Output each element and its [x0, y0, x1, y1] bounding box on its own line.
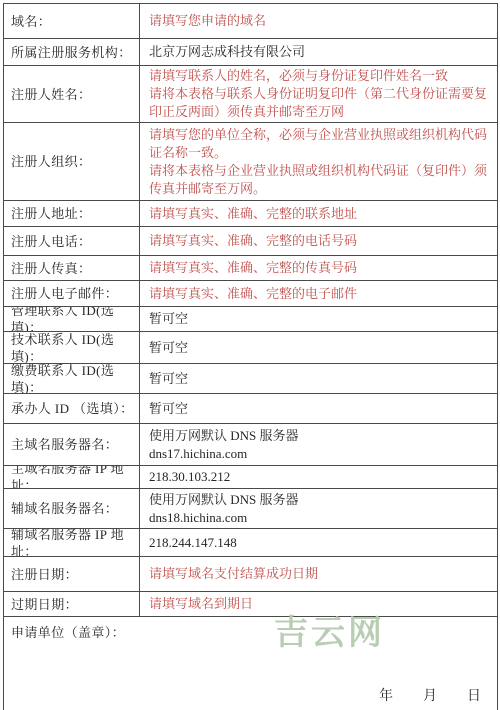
table-row: 注册人电话： 请填写真实、准确、完整的电话号码	[4, 227, 497, 256]
field-label: 主域名服务器 IP 地址：	[11, 466, 136, 489]
field-value-line: 使用万网默认 DNS 服务器	[149, 427, 491, 445]
field-label: 过期日期：	[11, 596, 78, 613]
field-label: 注册人姓名：	[11, 86, 91, 103]
field-value-line: 218.30.103.212	[149, 468, 491, 486]
field-label: 辅域名服务器名：	[11, 500, 118, 517]
field-label-cell: 过期日期：	[4, 592, 140, 616]
field-label-cell: 注册人传真：	[4, 256, 140, 280]
table-row: 注册人地址： 请填写真实、准确、完整的联系地址	[4, 201, 497, 227]
field-value-line: 218.244.147.148	[149, 534, 491, 552]
field-label-cell: 主域名服务器名：	[4, 424, 140, 465]
field-label: 注册日期：	[11, 566, 78, 583]
field-value-line: 暂可空	[149, 310, 491, 328]
table-row: 缴费联系人 ID(选填)： 暂可空	[4, 364, 497, 394]
table-row: 辅域名服务器 IP 地址： 218.244.147.148	[4, 529, 497, 557]
table-row: 域名： 请填写您申请的域名	[4, 4, 497, 39]
field-label: 缴费联系人 ID(选填)：	[11, 364, 136, 394]
field-value-line: 请填写域名到期日	[149, 595, 491, 613]
field-value-cell: 暂可空	[140, 307, 497, 331]
field-value-line: 北京万网志成科技有限公司	[149, 43, 491, 61]
field-label-cell: 注册日期：	[4, 557, 140, 591]
field-value-cell: 暂可空	[140, 364, 497, 393]
date-year-label: 年	[379, 685, 393, 705]
table-row: 技术联系人 ID(选填)： 暂可空	[4, 332, 497, 364]
field-value-cell: 请填写真实、准确、完整的电子邮件	[140, 281, 497, 306]
field-value-cell: 请填写联系人的姓名，必须与身份证复印件姓名一致请将本表格与联系人身份证明复印件（…	[140, 66, 497, 122]
table-row: 所属注册服务机构： 北京万网志成科技有限公司	[4, 39, 497, 66]
field-label: 主域名服务器名：	[11, 436, 118, 453]
field-label-cell: 所属注册服务机构：	[4, 39, 140, 65]
field-label: 辅域名服务器 IP 地址：	[11, 529, 136, 557]
field-value-cell: 218.244.147.148	[140, 529, 497, 556]
field-value-cell: 暂可空	[140, 394, 497, 423]
field-label: 技术联系人 ID(选填)：	[11, 332, 136, 364]
date-day-label: 日	[467, 685, 481, 705]
field-label: 注册人组织：	[11, 153, 91, 170]
field-value-line: 请填写真实、准确、完整的传真号码	[149, 259, 491, 277]
field-label: 注册人电话：	[11, 233, 91, 250]
field-label-cell: 注册人姓名：	[4, 66, 140, 122]
applicant-stamp-label: 申请单位（盖章）：	[11, 625, 125, 640]
field-value-line: dns18.hichina.com	[149, 509, 491, 527]
field-label: 管理联系人 ID(选填)：	[11, 307, 136, 332]
field-label-cell: 注册人组织：	[4, 123, 140, 200]
field-value-cell: 请填写真实、准确、完整的电话号码	[140, 227, 497, 255]
field-label: 注册人地址：	[11, 205, 91, 222]
field-label: 注册人电子邮件：	[11, 285, 118, 302]
field-value-line: 使用万网默认 DNS 服务器	[149, 491, 491, 509]
field-value-line: 暂可空	[149, 370, 491, 388]
stamp-row: 申请单位（盖章）： 年 月 日	[4, 617, 497, 710]
field-value-line: 请将本表格与联系人身份证明复印件（第二代身份证需要复印正反两面）须传真并邮寄至万…	[149, 85, 491, 121]
field-label: 所属注册服务机构：	[11, 44, 132, 61]
field-label-cell: 辅域名服务器 IP 地址：	[4, 529, 140, 556]
field-label-cell: 注册人电子邮件：	[4, 281, 140, 306]
table-row: 注册人电子邮件： 请填写真实、准确、完整的电子邮件	[4, 281, 497, 307]
field-value-line: 请填写您申请的域名	[149, 12, 491, 30]
field-label-cell: 注册人电话：	[4, 227, 140, 255]
field-label: 域名：	[11, 13, 51, 30]
date-month-label: 月	[423, 685, 437, 705]
table-row: 注册人传真： 请填写真实、准确、完整的传真号码	[4, 256, 497, 281]
form-rows: 域名： 请填写您申请的域名 所属注册服务机构： 北京万网志成科技有限公司 注册人…	[4, 4, 497, 617]
field-label-cell: 主域名服务器 IP 地址：	[4, 466, 140, 488]
field-value-line: 请填写联系人的姓名，必须与身份证复印件姓名一致	[149, 67, 491, 85]
field-value-cell: 请填写域名支付结算成功日期	[140, 557, 497, 591]
field-label-cell: 管理联系人 ID(选填)：	[4, 307, 140, 331]
field-value-line: 请填写真实、准确、完整的联系地址	[149, 205, 491, 223]
field-value-cell: 请填写真实、准确、完整的传真号码	[140, 256, 497, 280]
field-value-line: 请填写真实、准确、完整的电话号码	[149, 232, 491, 250]
field-label: 承办人 ID （选填）：	[11, 400, 134, 417]
table-row: 主域名服务器 IP 地址： 218.30.103.212	[4, 466, 497, 489]
table-row: 注册日期： 请填写域名支付结算成功日期	[4, 557, 497, 592]
field-label-cell: 技术联系人 ID(选填)：	[4, 332, 140, 363]
field-label-cell: 注册人地址：	[4, 201, 140, 226]
field-value-line: 暂可空	[149, 400, 491, 418]
field-label-cell: 承办人 ID （选填）：	[4, 394, 140, 423]
field-value-cell: 请填写您的单位全称，必须与企业营业执照或组织机构代码证名称一致。请将本表格与企业…	[140, 123, 497, 200]
table-row: 主域名服务器名： 使用万网默认 DNS 服务器dns17.hichina.com	[4, 424, 497, 466]
field-label-cell: 缴费联系人 ID(选填)：	[4, 364, 140, 393]
field-value-line: 暂可空	[149, 339, 491, 357]
table-row: 辅域名服务器名： 使用万网默认 DNS 服务器dns18.hichina.com	[4, 489, 497, 529]
table-row: 注册人组织： 请填写您的单位全称，必须与企业营业执照或组织机构代码证名称一致。请…	[4, 123, 497, 201]
field-label: 注册人传真：	[11, 260, 91, 277]
field-value-cell: 暂可空	[140, 332, 497, 363]
table-row: 过期日期： 请填写域名到期日	[4, 592, 497, 617]
field-value-cell: 请填写您申请的域名	[140, 4, 497, 38]
field-value-line: 请填写真实、准确、完整的电子邮件	[149, 285, 491, 303]
field-value-cell: 请填写真实、准确、完整的联系地址	[140, 201, 497, 226]
table-row: 管理联系人 ID(选填)： 暂可空	[4, 307, 497, 332]
field-value-line: 请将本表格与企业营业执照或组织机构代码证（复印件）须传真并邮寄至万网。	[149, 162, 491, 198]
field-value-line: dns17.hichina.com	[149, 445, 491, 463]
field-value-line: 请填写域名支付结算成功日期	[149, 565, 491, 583]
table-row: 注册人姓名： 请填写联系人的姓名，必须与身份证复印件姓名一致请将本表格与联系人身…	[4, 66, 497, 123]
field-label-cell: 域名：	[4, 4, 140, 38]
field-value-cell: 使用万网默认 DNS 服务器dns17.hichina.com	[140, 424, 497, 465]
field-value-cell: 使用万网默认 DNS 服务器dns18.hichina.com	[140, 489, 497, 528]
table-row: 承办人 ID （选填）： 暂可空	[4, 394, 497, 424]
field-value-cell: 北京万网志成科技有限公司	[140, 39, 497, 65]
field-value-cell: 218.30.103.212	[140, 466, 497, 488]
field-label-cell: 辅域名服务器名：	[4, 489, 140, 528]
document-page: 域名： 请填写您申请的域名 所属注册服务机构： 北京万网志成科技有限公司 注册人…	[0, 0, 500, 710]
registration-form-table: 域名： 请填写您申请的域名 所属注册服务机构： 北京万网志成科技有限公司 注册人…	[3, 3, 498, 710]
field-value-line: 请填写您的单位全称，必须与企业营业执照或组织机构代码证名称一致。	[149, 126, 491, 162]
date-line: 年 月 日	[379, 685, 481, 705]
field-value-cell: 请填写域名到期日	[140, 592, 497, 616]
